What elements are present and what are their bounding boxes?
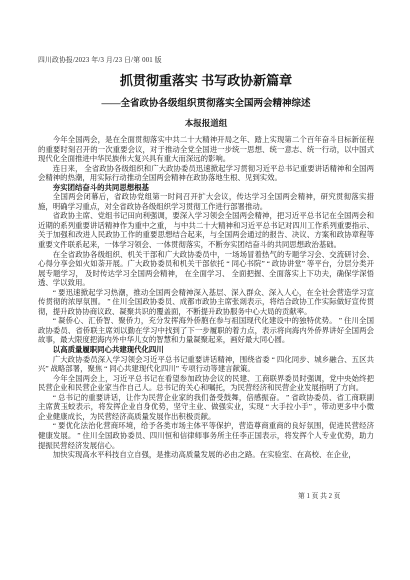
article-subtitle: ——全省政协各级组织贯彻落实全国两会精神综述 — [38, 98, 374, 110]
article-title: 抓贯彻重落实 书写政协新篇章 — [38, 73, 374, 89]
body-paragraph: 今年全国两会，是在全面贯彻落实中共二十大精神开局之年、踏上实现第二个百年奋斗目标… — [38, 135, 374, 164]
body-paragraph: 加快实现高水平科技自立自强，是推动高质量发展的必由之路。在实验室、在高校、在企业… — [38, 450, 374, 460]
body-paragraph: 今年全国两会上，习近平总书记在看望参加政协会议的民建、工商联界委员时强调，党中央… — [38, 374, 374, 393]
masthead-publication-line: 四川政协报/2023 年/3 月/23 日/第 001 版 — [38, 57, 374, 65]
document-page: 四川政协报/2023 年/3 月/23 日/第 001 版 抓贯彻重落实 书写政… — [0, 0, 410, 580]
body-paragraph: “ 要优化法治化营商环境，给予各类市场主体平等保护，营造尊商重商的良好氛围，促进… — [38, 421, 374, 450]
body-paragraph: “ 总书记的重要讲话，让作为民营企业家的我们备受鼓舞，倍感振奋。 ” 省政协委员… — [38, 393, 374, 422]
section-subhead: 以高质量履职同心共建现代化四川 — [38, 345, 374, 355]
body-paragraph: 省政协主席、党组书记田向利强调，要深入学习领会全国两会精神，把习近平总书记在全国… — [38, 211, 374, 249]
page-number-footer: 第 1 页 共 2 页 — [298, 493, 340, 501]
article-body: 今年全国两会，是在全面贯彻落实中共二十大精神开局之年、踏上实现第二个百年奋斗目标… — [38, 135, 374, 460]
body-paragraph: 全国两会闭幕后，省政协党组第一时间召开扩大会议，传达学习全国两会精神，研究贯彻落… — [38, 192, 374, 211]
body-paragraph: 广大政协委员深入学习领会习近平总书记重要讲话精神，围绕省委 “ 四化同步、城乡融… — [38, 355, 374, 374]
body-paragraph: 连日来， 全省政协各级组织和广大政协委员迅速掀起学习贯彻习近平总书记重要讲话精神… — [38, 164, 374, 183]
section-subhead: 夯实团结奋斗的共同思想根基 — [38, 183, 374, 193]
body-paragraph: 在全省政协各级组织、机关干部和广大政协委员中，一场场冒着热气的专题学习会、交流研… — [38, 250, 374, 288]
article-byline: 本报报道组 — [38, 118, 374, 128]
body-paragraph: “ 要迅速掀起学习热潮，推动全国两会精神深入基层、深入群众、深入人心，在全社会营… — [38, 288, 374, 317]
body-paragraph: “ 凝侨心、汇侨智、聚侨力，充分发挥海外侨胞在参与祖国现代化建设中的独特优势。 … — [38, 316, 374, 345]
